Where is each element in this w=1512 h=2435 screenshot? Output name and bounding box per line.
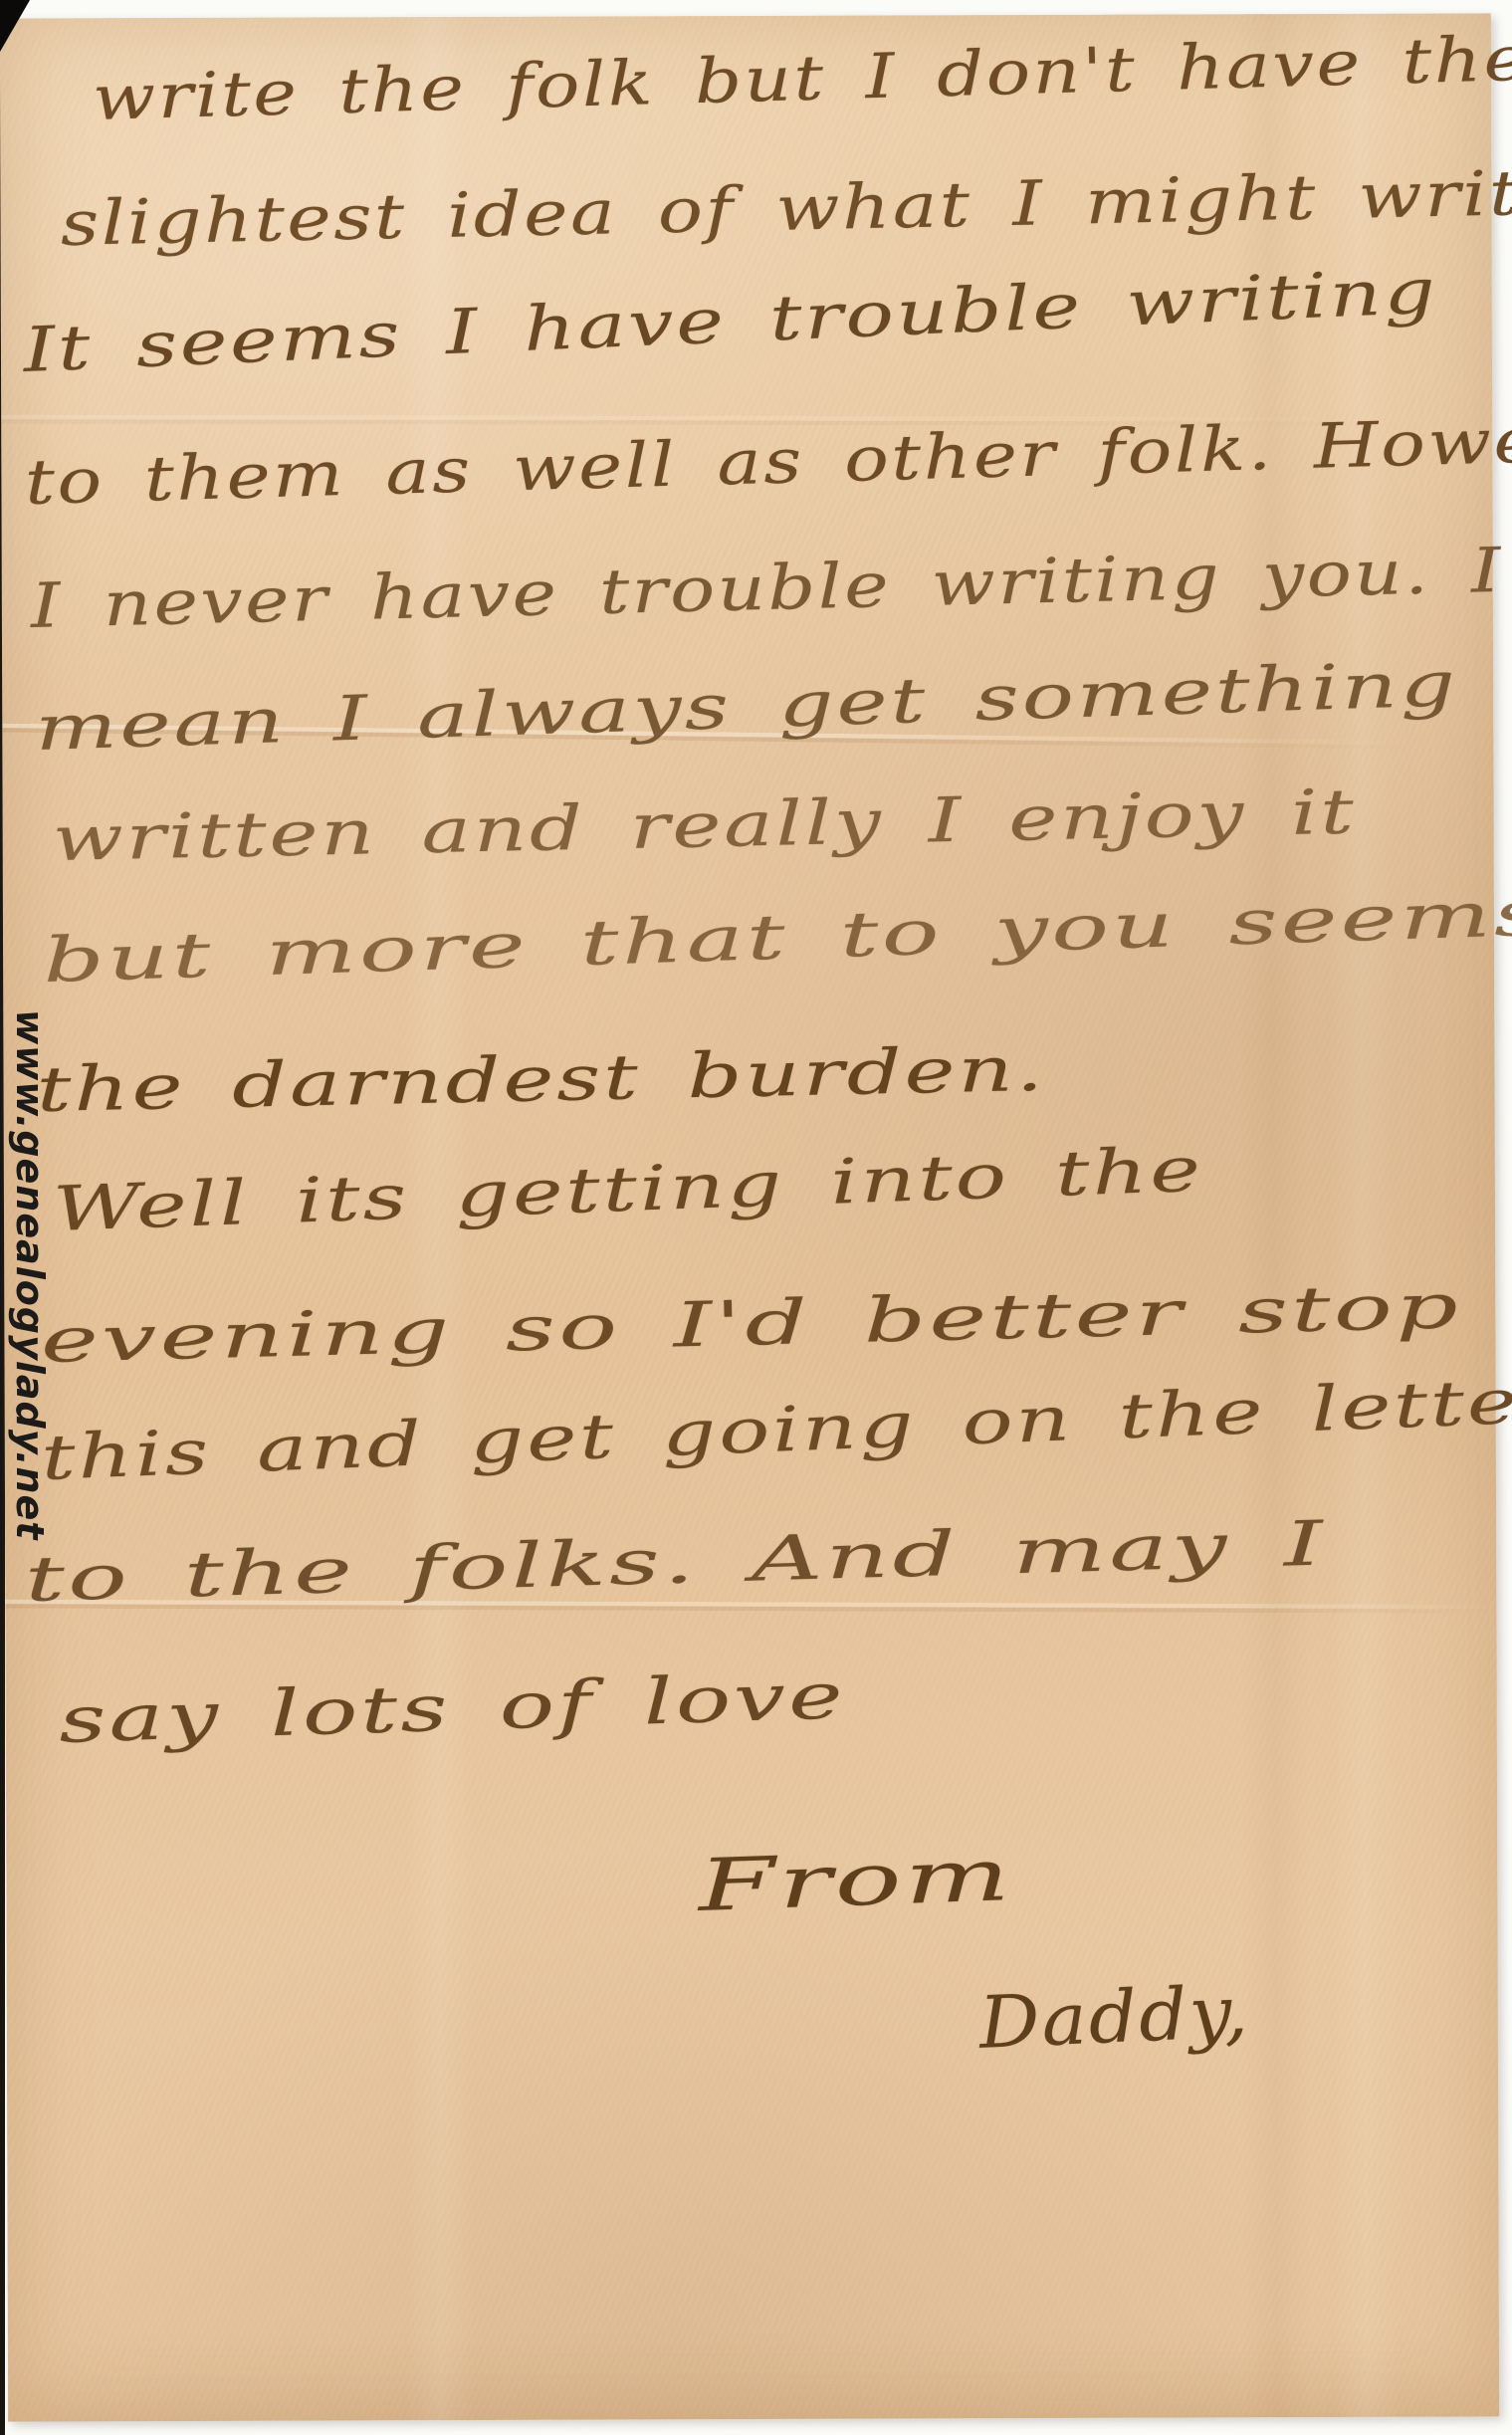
- closing-from: From: [697, 1833, 1014, 1927]
- paper-sheen-band: [1324, 14, 1402, 2417]
- paper-sheen-band: [1234, 14, 1312, 2417]
- signature-daddy: Daddy,: [977, 1969, 1251, 2065]
- scanned-letter-page: www.genealogylady.net write the folk but…: [0, 0, 1512, 2435]
- watermark-text: www.genealogylady.net: [8, 1009, 52, 1467]
